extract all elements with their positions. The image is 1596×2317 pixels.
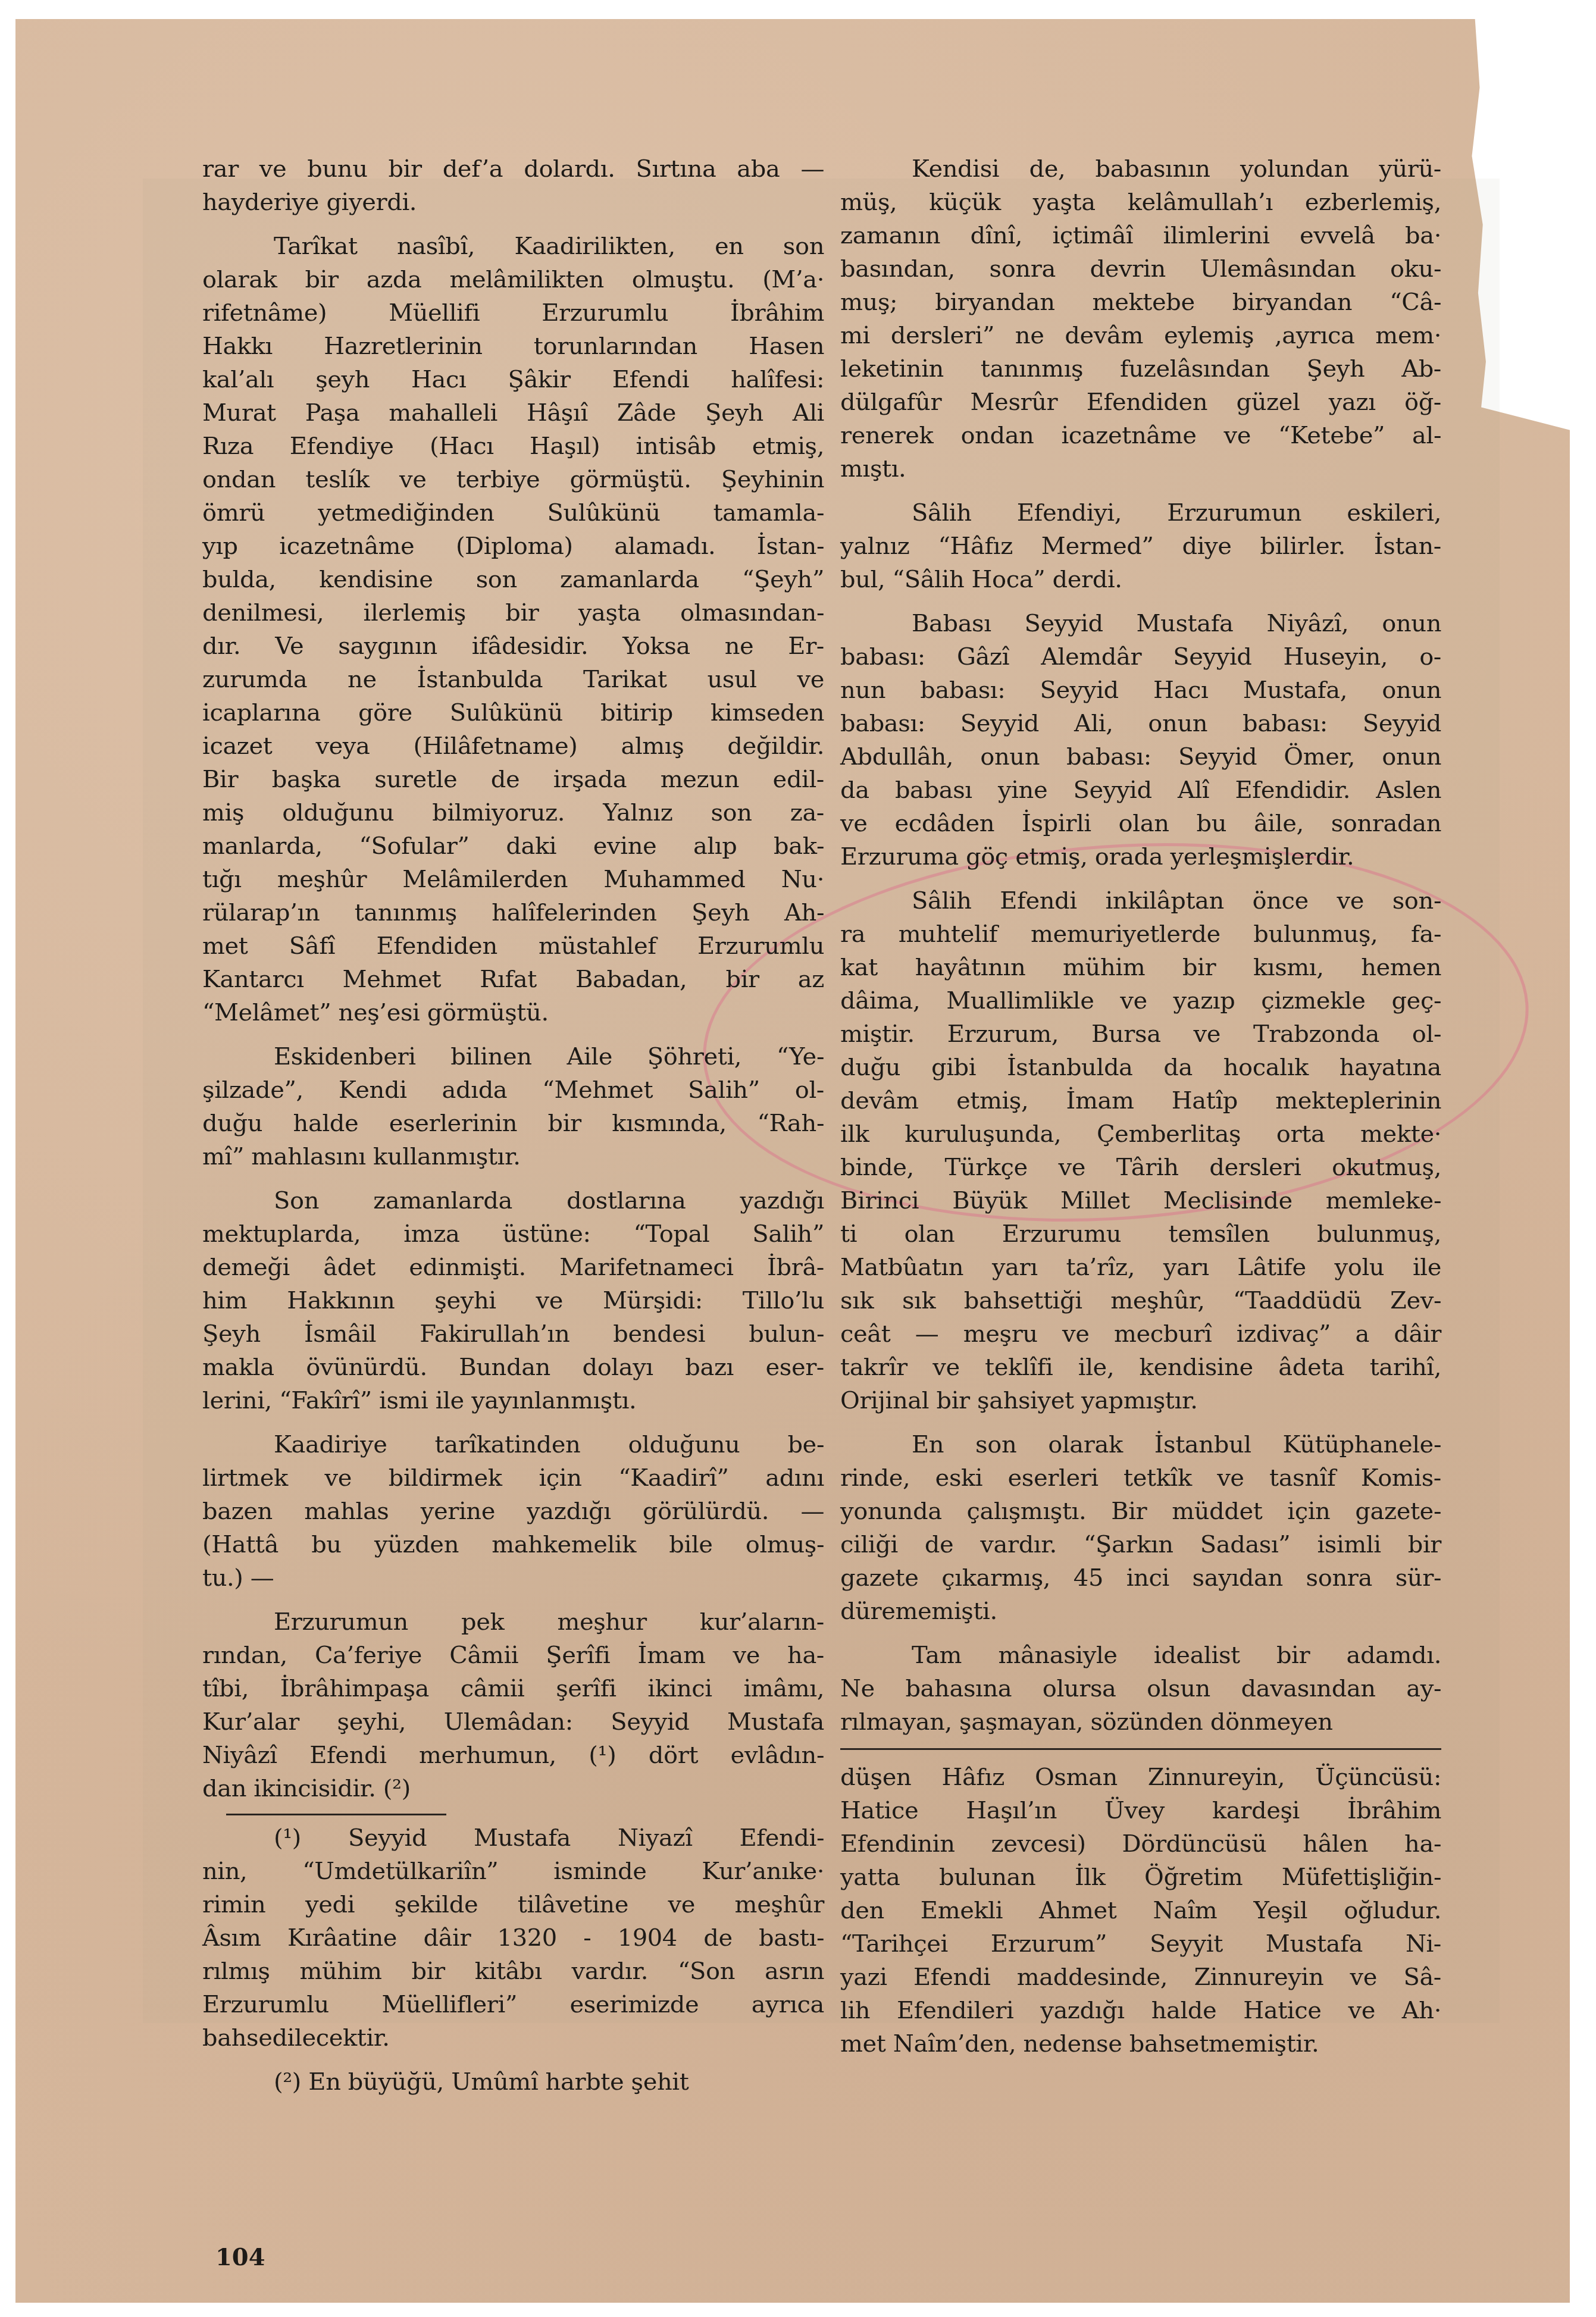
text-line: rinde, eski eserleri tetkîk ve tasnîf Ko… [840, 1461, 1441, 1495]
text-line: rülarap’ın tanınmış halîfelerinden Şeyh … [202, 896, 824, 929]
paragraph-gap [202, 1417, 824, 1428]
text-line: basından, sonra devrin Ulemâsından oku- [840, 252, 1441, 286]
text-line: Kantarcı Mehmet Rıfat Babadan, bir az [202, 963, 824, 996]
text-line: Niyâzî Efendi merhumun, (¹) dört evlâdın… [202, 1739, 824, 1772]
text-line: Murat Paşa mahalleli Hâşıî Zâde Şeyh Ali [202, 396, 824, 430]
text-line: ömrü yetmediğinden Sulûkünü tamamla- [202, 496, 824, 530]
text-line: met Sâfî Efendiden müstahlef Erzurumlu [202, 929, 824, 963]
left-footnotes: (¹) Seyyid Mustafa Niyazî Efendi-nin, “U… [202, 1821, 824, 2099]
text-line: den Emekli Ahmet Naîm Yeşil oğludur. [840, 1894, 1441, 1927]
paragraph-gap [840, 873, 1441, 884]
text-line: duğu gibi İstanbulda da hocalık hayatına [840, 1051, 1441, 1084]
paragraph: Kaadiriye tarîkatinden olduğunu be-lirtm… [202, 1428, 824, 1595]
footnote-separator-right [840, 1748, 1441, 1750]
paragraph-gap [202, 1595, 824, 1605]
text-line: takrîr ve teklîfi ile, kendisine âdeta t… [840, 1351, 1441, 1384]
text-line: icazet veya (Hilâfetname) almış değildir… [202, 729, 824, 763]
text-line: ceât — meşru ve mecburî izdivaç” a dâir [840, 1317, 1441, 1351]
text-line: Kaadiriye tarîkatinden olduğunu be- [202, 1428, 824, 1461]
text-line: bazen mahlas yerine yazdığı görülürdü. — [202, 1495, 824, 1528]
text-line: binde, Türkçe ve Târih dersleri okutmuş, [840, 1151, 1441, 1184]
text-line: Matbûatın yarı ta’rîz, yarı Lâtife yolu … [840, 1251, 1441, 1284]
text-line: renerek ondan icazetnâme ve “Ketebe” al- [840, 419, 1441, 452]
text-line: lih Efendileri yazdığı halde Hatice ve A… [840, 1994, 1441, 2027]
text-line: yonunda çalışmıştı. Bir müddet için gaze… [840, 1495, 1441, 1528]
text-line: met Naîm’den, nedense bahsetmemiştir. [840, 2027, 1441, 2061]
text-line: duğu halde eserlerinin bir kısmında, “Ra… [202, 1107, 824, 1140]
text-line: manlarda, “Sofular” daki evine alıp bak- [202, 829, 824, 863]
text-line: lerini, “Fakîrî” ismi ile yayınlanmıştı. [202, 1384, 824, 1417]
text-line: Rıza Efendiye (Hacı Haşıl) intisâb etmiş… [202, 430, 824, 463]
text-line: Abdullâh, onun babası: Seyyid Ömer, onun [840, 740, 1441, 774]
text-line: Tam mânasiyle idealist bir adamdı. [840, 1639, 1441, 1672]
text-line: düşen Hâfız Osman Zinnureyin, Üçüncüsü: [840, 1761, 1441, 1794]
text-line: babası: Seyyid Ali, onun babası: Seyyid [840, 707, 1441, 740]
paragraph: Kendisi de, babasının yolundan yürü-müş,… [840, 152, 1441, 486]
paragraph: En son olarak İstanbul Kütüphanele-rinde… [840, 1428, 1441, 1628]
text-line: Erzurumlu Müellifleri” eserimizde ayrıca [202, 1988, 824, 2021]
text-line: Erzuruma göç etmiş, orada yerleşmişlerdi… [840, 840, 1441, 873]
footnote-separator [226, 1814, 446, 1815]
text-line: hayderiye giyerdi. [202, 186, 824, 219]
text-line: yalnız “Hâfız Mermed” diye bilirler. İst… [840, 530, 1441, 563]
text-line: Hatice Haşıl’ın Üvey kardeşi İbrâhim [840, 1794, 1441, 1827]
text-line: Sâlih Efendi inkilâptan önce ve son- [840, 884, 1441, 918]
text-line: Sâlih Efendiyi, Erzurumun eskileri, [840, 496, 1441, 530]
text-line: Eskidenberi bilinen Aile Şöhreti, “Ye- [202, 1040, 824, 1073]
footnote: (²) En büyüğü, Umûmî harbte şehit [202, 2065, 824, 2099]
paragraph: Tarîkat nasîbî, Kaadirilikten, en sonola… [202, 230, 824, 1029]
left-body: rar ve bunu bir def’a dolardı. Sırtına a… [202, 152, 824, 1805]
paragraph-gap [202, 219, 824, 230]
left-column: rar ve bunu bir def’a dolardı. Sırtına a… [202, 152, 824, 2099]
paragraph: Babası Seyyid Mustafa Niyâzî, onunbabası… [840, 607, 1441, 873]
text-line: Ne bahasına olursa olsun davasından ay- [840, 1672, 1441, 1705]
text-line: mıştı. [840, 452, 1441, 486]
text-line: rılmış mühim bir kitâbı vardır. “Son asr… [202, 1955, 824, 1988]
text-line: rifetnâme) Müellifi Erzurumlu İbrâhim [202, 296, 824, 330]
text-line: tığı meşhûr Melâmilerden Muhammed Nu· [202, 863, 824, 896]
text-line: him Hakkının şeyhi ve Mürşidi: Tillo’lu [202, 1284, 824, 1317]
paragraph: Sâlih Efendiyi, Erzurumun eskileri,yalnı… [840, 496, 1441, 596]
paragraph-gap [840, 1628, 1441, 1639]
text-line: lirtmek ve bildirmek için “Kaadirî” adın… [202, 1461, 824, 1495]
text-line: dâima, Muallimlikle ve yazıp çizmekle ge… [840, 984, 1441, 1017]
paragraph-gap [202, 1173, 824, 1184]
text-line: ciliği de vardır. “Şarkın Sadası” isimli… [840, 1528, 1441, 1561]
text-line: icaplarına göre Sulûkünü bitirip kimsede… [202, 696, 824, 729]
right-column: Kendisi de, babasının yolundan yürü-müş,… [840, 152, 1441, 2061]
text-line: zurumda ne İstanbulda Tarikat usul ve [202, 663, 824, 696]
text-line: leketinin tanınmış fuzelâsından Şeyh Ab- [840, 352, 1441, 386]
text-line: rimin yedi şekilde tilâvetine ve meşhûr [202, 1888, 824, 1921]
text-line: tu.) — [202, 1561, 824, 1595]
text-line: zamanın dînî, içtimâî ilimlerini evvelâ … [840, 219, 1441, 252]
text-line: bulda, kendisine son zamanlarda “Şeyh” [202, 563, 824, 596]
text-line: Kendisi de, babasının yolundan yürü- [840, 152, 1441, 186]
text-line: Kur’alar şeyhi, Ulemâdan: Seyyid Mustafa [202, 1705, 824, 1739]
right-body: Kendisi de, babasının yolundan yürü-müş,… [840, 152, 1441, 1739]
text-line: nun babası: Seyyid Hacı Mustafa, onun [840, 674, 1441, 707]
text-line: rar ve bunu bir def’a dolardı. Sırtına a… [202, 152, 824, 186]
text-line: yıp icazetnâme (Diploma) alamadı. İstan- [202, 530, 824, 563]
text-line: babası: Gâzî Alemdâr Seyyid Huseyin, o- [840, 640, 1441, 674]
paragraph: Erzurumun pek meşhur kur’aların-rından, … [202, 1605, 824, 1805]
text-line: rılmayan, şaşmayan, sözünden dönmeyen [840, 1705, 1441, 1739]
page-number: 104 [215, 2243, 265, 2271]
paragraph-gap [202, 1029, 824, 1040]
text-line: devâm etmiş, İmam Hatîp mekteplerinin [840, 1084, 1441, 1117]
text-line: miştir. Erzurum, Bursa ve Trabzonda ol- [840, 1017, 1441, 1051]
text-line: dır. Ve saygının ifâdesidir. Yoksa ne Er… [202, 630, 824, 663]
text-line: kal’alı şeyh Hacı Şâkir Efendi halîfesi: [202, 363, 824, 396]
text-line: (²) En büyüğü, Umûmî harbte şehit [202, 2065, 824, 2099]
text-line: “Tarihçei Erzurum” Seyyit Mustafa Ni- [840, 1927, 1441, 1961]
text-line: Âsım Kırâatine dâir 1320 - 1904 de bastı… [202, 1921, 824, 1955]
paragraph-gap [202, 2055, 824, 2065]
text-line: dan ikincisidir. (²) [202, 1772, 824, 1805]
text-line: ra muhtelif memuriyetlerde bulunmuş, fa- [840, 918, 1441, 951]
text-line: ti olan Erzurumu temsîlen bulunmuş, [840, 1217, 1441, 1251]
text-line: miş olduğunu bilmiyoruz. Yalnız son za- [202, 796, 824, 829]
text-line: makla övünürdü. Bundan dolayı bazı eser- [202, 1351, 824, 1384]
text-line: mi dersleri” ne devâm eylemiş ,ayrıca me… [840, 319, 1441, 352]
text-line: ilk kuruluşunda, Çemberlitaş orta mekte· [840, 1117, 1441, 1151]
text-line: sık sık bahsettiği meşhûr, “Taaddüdü Zev… [840, 1284, 1441, 1317]
text-line: Bir başka suretle de irşada mezun edil- [202, 763, 824, 796]
text-line: Babası Seyyid Mustafa Niyâzî, onun [840, 607, 1441, 640]
text-line: Şeyh İsmâil Fakirullah’ın bendesi bulun- [202, 1317, 824, 1351]
text-line: bahsedilecektir. [202, 2021, 824, 2055]
text-line: tîbi, İbrâhimpaşa câmii şerîfi ikinci im… [202, 1672, 824, 1705]
text-line: yazi Efendi maddesinde, Zinnureyin ve Sâ… [840, 1961, 1441, 1994]
text-line: Tarîkat nasîbî, Kaadirilikten, en son [202, 230, 824, 263]
text-line: muş; biryandan mektebe biryandan “Câ- [840, 286, 1441, 319]
text-line: Orijinal bir şahsiyet yapmıştır. [840, 1384, 1441, 1417]
right-footnote-continuation: düşen Hâfız Osman Zinnureyin, Üçüncüsü:H… [840, 1761, 1441, 2061]
text-line: (Hattâ bu yüzden mahkemelik bile olmuş- [202, 1528, 824, 1561]
text-line: Efendinin zevcesi) Dördüncüsü hâlen ha- [840, 1827, 1441, 1861]
paragraph: Tam mânasiyle idealist bir adamdı.Ne bah… [840, 1639, 1441, 1739]
text-line: yatta bulunan İlk Öğretim Müfettişliğin- [840, 1861, 1441, 1894]
paragraph: Sâlih Efendi inkilâptan önce ve son-ra m… [840, 884, 1441, 1417]
paragraph: Son zamanlarda dostlarına yazdığımektupl… [202, 1184, 824, 1417]
text-line: mî” mahlasını kullanmıştır. [202, 1140, 824, 1173]
footnote: (¹) Seyyid Mustafa Niyazî Efendi-nin, “U… [202, 1821, 824, 2055]
text-line: Hakkı Hazretlerinin torunlarından Hasen [202, 330, 824, 363]
text-line: olarak bir azda melâmilikten olmuştu. (M… [202, 263, 824, 296]
text-line: ondan teslík ve terbiye görmüştü. Şeyhin… [202, 463, 824, 496]
text-line: Birinci Büyük Millet Meclisinde memleke- [840, 1184, 1441, 1217]
text-line: ve ecdâden İspirli olan bu âile, sonrada… [840, 807, 1441, 840]
paragraph-gap [840, 486, 1441, 496]
text-line: bul, “Sâlih Hoca” derdi. [840, 563, 1441, 596]
paragraph: rar ve bunu bir def’a dolardı. Sırtına a… [202, 152, 824, 219]
text-line: “Melâmet” neş’esi görmüştü. [202, 996, 824, 1029]
text-line: dülgafûr Mesrûr Efendiden güzel yazı öğ- [840, 386, 1441, 419]
text-line: nin, “Umdetülkariîn” isminde Kur’anıke· [202, 1855, 824, 1888]
paragraph: Eskidenberi bilinen Aile Şöhreti, “Ye-şi… [202, 1040, 824, 1173]
paragraph-gap [840, 596, 1441, 607]
text-line: dürememişti. [840, 1595, 1441, 1628]
paragraph-gap [840, 1417, 1441, 1428]
text-line: (¹) Seyyid Mustafa Niyazî Efendi- [202, 1821, 824, 1855]
text-line: Erzurumun pek meşhur kur’aların- [202, 1605, 824, 1639]
text-line: şilzade”, Kendi adıda “Mehmet Salih” ol- [202, 1073, 824, 1107]
text-line: Son zamanlarda dostlarına yazdığı [202, 1184, 824, 1217]
text-line: rından, Ca’feriye Câmii Şerîfi İmam ve h… [202, 1639, 824, 1672]
text-line: denilmesi, ilerlemiş bir yaşta olmasında… [202, 596, 824, 630]
text-line: mektuplarda, imza üstüne: “Topal Salih” [202, 1217, 824, 1251]
text-line: gazete çıkarmış, 45 inci sayıdan sonra s… [840, 1561, 1441, 1595]
text-line: da babası yine Seyyid Alî Efendidir. Asl… [840, 774, 1441, 807]
text-line: müş, küçük yaşta kelâmullah’ı ezberlemiş… [840, 186, 1441, 219]
text-line: demeği âdet edinmişti. Marifetnameci İbr… [202, 1251, 824, 1284]
text-line: kat hayâtının mühim bir kısmı, hemen [840, 951, 1441, 984]
text-line: En son olarak İstanbul Kütüphanele- [840, 1428, 1441, 1461]
